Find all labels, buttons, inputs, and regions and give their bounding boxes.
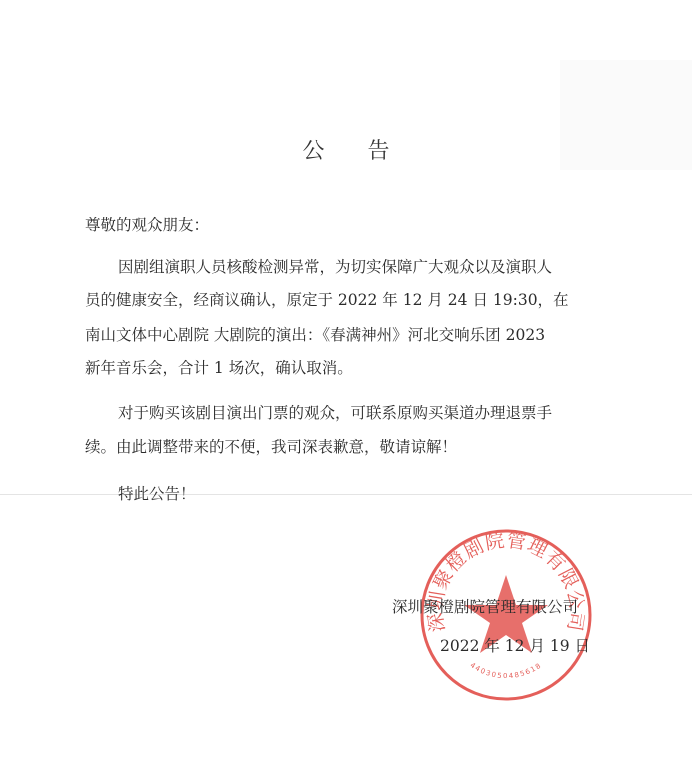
notice-title: 公 告 (0, 134, 692, 165)
paragraph2-line1: 对于购买该剧目演出门票的观众，可联系原购买渠道办理退票手 (118, 404, 552, 422)
paragraph1-line3: 南山文体中心剧院 大剧院的演出：《春满神州》河北交响乐团 2023 (85, 326, 545, 344)
signature-date: 2022 年 12 月 19 日 (440, 637, 590, 655)
signature-company: 深圳聚橙剧院管理有限公司 (392, 598, 578, 616)
notice-document: 公 告 尊敬的观众朋友： 因剧组演职人员核酸检测异常，为切实保障广大观众以及演职… (0, 0, 692, 757)
paragraph2-line2: 续。由此调整带来的不便，我司深表歉意，敬请谅解！ (85, 438, 457, 456)
svg-text:4403050485618: 4403050485618 (469, 661, 544, 680)
paragraph1-line2: 员的健康安全，经商议确认，原定于 2022 年 12 月 24 日 19:30，… (85, 291, 569, 309)
scan-fold-line (0, 494, 692, 495)
stamp-serial: 4403050485618 (469, 661, 544, 680)
paragraph1-line1: 因剧组演职人员核酸检测异常，为切实保障广大观众以及演职人 (118, 258, 552, 276)
paragraph1-line4: 新年音乐会，合计 1 场次，确认取消。 (85, 359, 353, 377)
greeting: 尊敬的观众朋友： (85, 216, 209, 234)
closing-text: 特此公告！ (118, 485, 196, 503)
